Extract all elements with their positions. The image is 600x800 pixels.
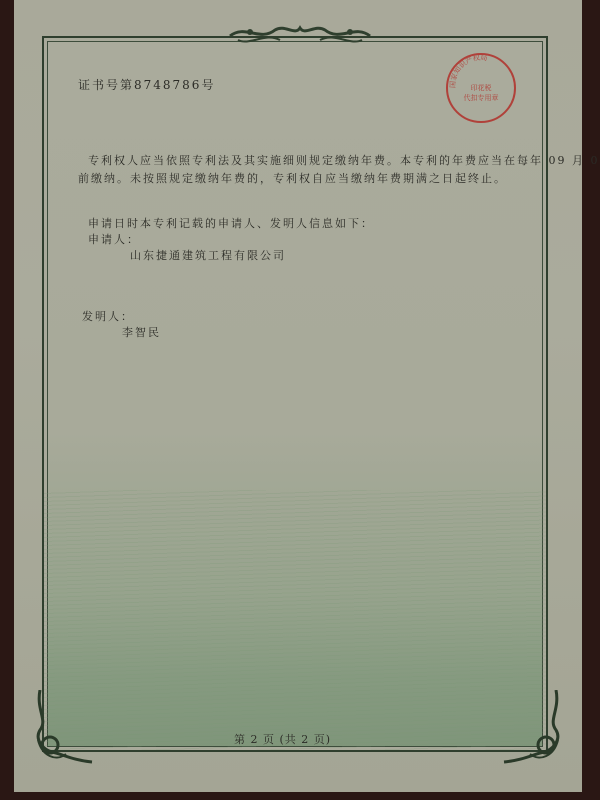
- inventor-label: 发明人：: [82, 308, 134, 324]
- svg-text:印花税: 印花税: [471, 83, 492, 92]
- fee-notice-line1: 专利权人应当依照专利法及其实施细则规定缴纳年费。本专利的年费应当在每年 09 月…: [88, 152, 600, 168]
- inventor-name: 李智民: [122, 324, 161, 340]
- applicant-name: 山东捷通建筑工程有限公司: [130, 247, 286, 263]
- top-ornament-icon: [210, 22, 390, 48]
- applicant-label: 申请人：: [88, 231, 140, 247]
- corner-ornament-icon: [32, 690, 102, 770]
- certificate-number: 证书号第8748786号: [78, 76, 215, 93]
- official-seal-icon: 国家知识产权局 印花税 代扣专用章: [445, 52, 517, 124]
- corner-ornament-icon: [494, 690, 564, 770]
- guilloche-pattern: [44, 490, 546, 750]
- page-number: 第 2 页 (共 2 页): [234, 731, 331, 747]
- fee-notice-line2: 前缴纳。未按照规定缴纳年费的，专利权自应当缴纳年费期满之日起终止。: [78, 170, 507, 186]
- applicant-info-intro: 申请日时本专利记载的申请人、发明人信息如下：: [88, 215, 374, 231]
- certificate-frame: [42, 36, 548, 752]
- svg-text:国家知识产权局: 国家知识产权局: [448, 53, 488, 88]
- svg-text:代扣专用章: 代扣专用章: [464, 93, 499, 102]
